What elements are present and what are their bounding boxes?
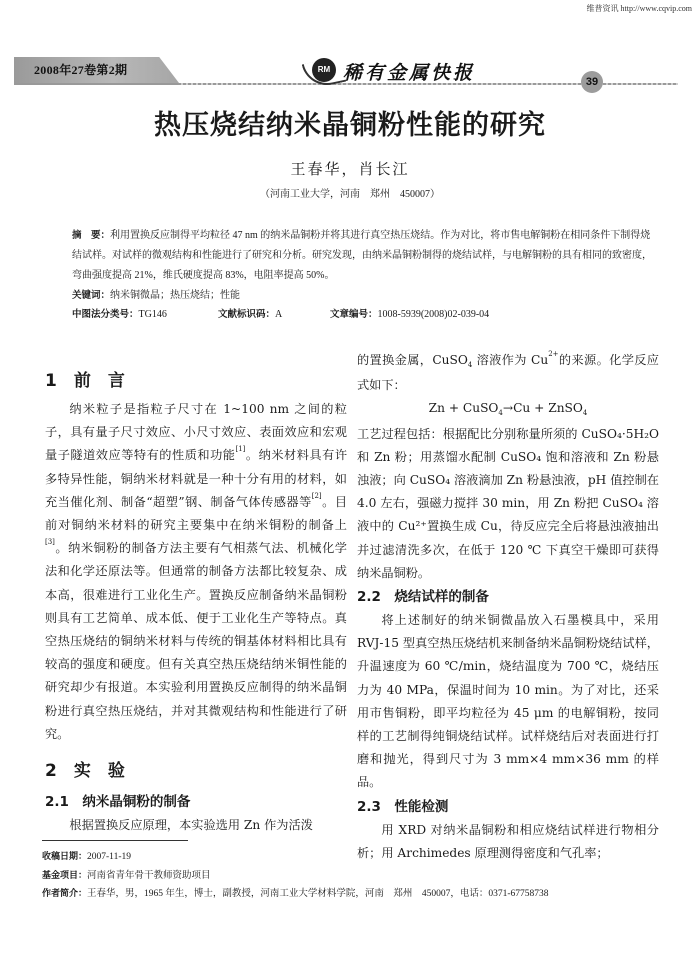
process-paragraph: 工艺过程包括：根据配比分别称量所须的 CuSO₄·5H₂O 和 Zn 粉；用蒸馏… [357,423,659,585]
left-column: 纳米粒子是指粒子尺寸在 1~100 nm 之间的粒子，具有量子尺寸效应、小尺寸效… [45,398,347,837]
section-2-2-paragraph: 将上述制好的纳米铜微晶放入石墨模具中，采用 RVJ-15 型真空热压烧结机来制备… [357,609,659,795]
doc-code-label: 文献标识码： [218,309,275,320]
subscript: 4 [468,361,472,369]
section-1-heading: 1 前 言 [45,366,125,391]
classification-clc: 中图法分类号：TG146 [72,306,167,320]
section-2-1-paragraph-cont: 的置换金属，CuSO4 溶液作为 Cu2+的来源。化学反应式如下： [357,349,659,397]
section-2-3-heading: 2.3 性能检测 [357,795,659,819]
text-run: 。纳米铜粉的制备方法主要有气相蒸气法、机械化学法和化学还原法等。但通常的制备方法… [45,541,347,741]
chemical-equation: Zn + CuSO4→Cu + ZnSO4 [357,397,659,422]
received-date: 2007-11-19 [87,852,131,862]
issue-banner: 2008年27卷第2期 [14,57,179,83]
fund-label: 基金项目： [42,871,87,881]
text-run: 溶液作为 Cu [472,353,548,367]
right-column: 的置换金属，CuSO4 溶液作为 Cu2+的来源。化学反应式如下： Zn + C… [357,349,659,865]
article-no-label: 文章编号： [330,309,378,320]
classification-doc: 文献标识码：A [218,306,282,320]
abstract: 摘 要：利用置换反应制得平均粒径 47 nm 的纳米晶铜粉并将其进行真空热压烧结… [72,226,652,286]
text-run: 的置换金属，CuSO [357,353,468,367]
affiliation: （河南工业大学，河南 郑州 450007） [0,185,700,200]
paper-title: 热压烧结纳米晶铜粉性能的研究 [0,103,700,142]
page-number: 39 [581,71,603,93]
watermark: 维普资讯 http://www.cqvip.com [587,3,692,14]
footnote-author: 作者简介：王春华，男，1965 年生，博士，副教授，河南工业大学材料学院，河南 … [42,885,549,899]
author-bio-label: 作者简介： [42,889,87,899]
citation[interactable]: [3] [45,538,55,546]
section-2-2-heading: 2.2 烧结试样的制备 [357,585,659,609]
keywords: 关键词：纳米铜微晶；热压烧结；性能 [72,286,240,301]
section-2-heading: 2 实 验 [45,756,347,786]
header-rule-left [14,83,180,85]
fund-text: 河南省青年骨干教师资助项目 [87,871,211,881]
text-run: Zn + CuSO [429,401,499,415]
footnote-received: 收稿日期：2007-11-19 [42,849,131,862]
text-run: →Cu + ZnSO [503,401,583,415]
abstract-label: 摘 要： [72,230,110,241]
clc-label: 中图法分类号： [72,309,139,320]
subscript: 4 [498,409,502,417]
article-no-value: 1008-5939(2008)02-039-04 [378,309,490,320]
classification-article: 文章编号：1008-5939(2008)02-039-04 [330,306,489,320]
doc-code-value: A [275,309,282,320]
issue-label: 2008年27卷第2期 [34,61,127,78]
superscript: 2+ [548,350,558,358]
footnote-divider [42,840,188,841]
section-2-1-paragraph-start: 根据置换反应原理，本实验选用 Zn 作为活泼 [45,814,347,837]
journal-name: 稀有金属快报 [343,58,475,85]
journal-logo-icon: RM [312,58,336,82]
footnote-fund: 基金项目：河南省青年骨干教师资助项目 [42,867,211,881]
section-2-1-heading: 2.1 纳米晶铜粉的制备 [45,790,347,814]
section-1-paragraph: 纳米粒子是指粒子尺寸在 1~100 nm 之间的粒子，具有量子尺寸效应、小尺寸效… [45,398,347,746]
clc-value: TG146 [139,309,167,320]
section-2-3-paragraph: 用 XRD 对纳米晶铜粉和相应烧结试样进行物相分析；用 Archimedes 原… [357,819,659,865]
keywords-label: 关键词： [72,290,110,301]
authors: 王春华，肖长江 [0,158,700,179]
received-label: 收稿日期： [42,852,87,862]
keywords-text: 纳米铜微晶；热压烧结；性能 [110,290,240,301]
subscript: 4 [583,409,587,417]
abstract-text: 利用置换反应制得平均粒径 47 nm 的纳米晶铜粉并将其进行真空热压烧结。作为对… [72,230,652,281]
author-bio-text: 王春华，男，1965 年生，博士，副教授，河南工业大学材料学院，河南 郑州 45… [87,889,549,899]
citation[interactable]: [1] [236,445,246,453]
citation[interactable]: [2] [312,492,322,500]
